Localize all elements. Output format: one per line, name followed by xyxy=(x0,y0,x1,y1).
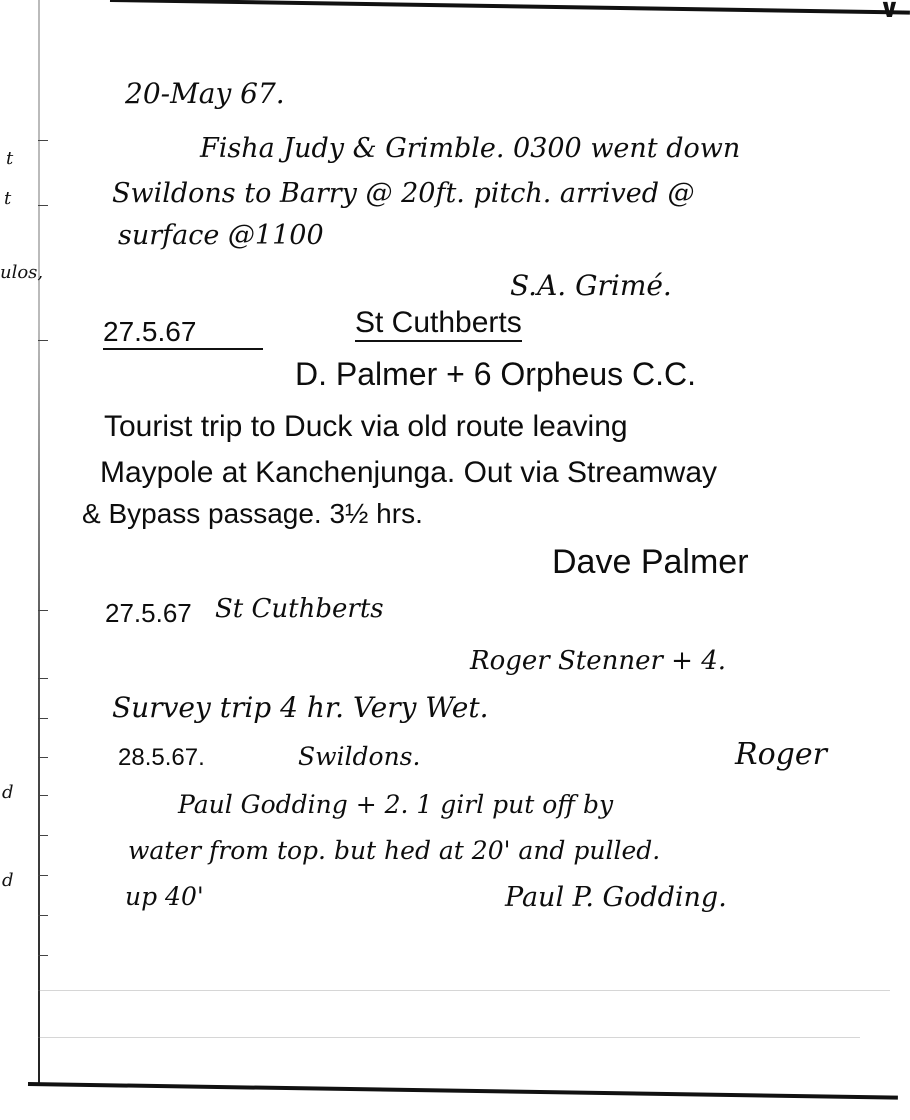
entry-line: Maypole at Kanchenjunga. Out via Streamw… xyxy=(100,458,717,488)
entry-party: Roger Stenner + 4. xyxy=(470,648,726,674)
entry-signature: Roger xyxy=(735,740,827,770)
entry-line: Survey trip 4 hr. Very Wet. xyxy=(112,694,489,722)
entry-signature: S.A. Grimé. xyxy=(510,272,672,300)
entry-cave: Swildons. xyxy=(298,744,420,769)
entry-date: 27.5.67 xyxy=(103,318,263,350)
margin-fragment: t xyxy=(4,188,11,209)
margin-fragment: d xyxy=(2,870,14,891)
entry-date: 27.5.67 xyxy=(105,600,192,626)
page-corner-mark: ∨ xyxy=(879,0,900,24)
margin-tick xyxy=(38,835,48,836)
margin-tick xyxy=(38,718,48,719)
entry-line: Swildons to Barry @ 20ft. pitch. arrived… xyxy=(112,180,695,207)
page-bottom-edge xyxy=(28,1082,898,1100)
faint-rule xyxy=(40,990,890,991)
page-top-edge xyxy=(110,0,910,15)
margin-line xyxy=(38,0,40,1085)
entry-line: & Bypass passage. 3½ hrs. xyxy=(82,500,423,528)
margin-tick xyxy=(38,678,48,679)
margin-tick xyxy=(38,915,48,916)
margin-tick xyxy=(38,875,48,876)
entry-cave: St Cuthberts xyxy=(355,308,522,342)
entry-line: Paul Godding + 2. 1 girl put off by xyxy=(178,792,613,817)
entry-line: Tourist trip to Duck via old route leavi… xyxy=(104,412,628,442)
margin-fragment: ulos, xyxy=(0,262,43,283)
faint-rule xyxy=(40,1037,860,1038)
entry-line: surface @1100 xyxy=(118,222,324,249)
margin-tick xyxy=(38,205,48,206)
margin-fragment: d xyxy=(2,782,14,803)
entry-party: D. Palmer + 6 Orpheus C.C. xyxy=(295,358,696,390)
entry-signature: Paul P. Godding. xyxy=(505,884,727,911)
entry-line: up 40' xyxy=(125,884,204,909)
margin-tick xyxy=(38,340,48,341)
entry-date: 28.5.67. xyxy=(118,746,205,770)
margin-tick xyxy=(38,610,48,611)
margin-tick xyxy=(38,757,48,758)
entry-date: 20-May 67. xyxy=(125,80,285,108)
entry-signature: Dave Palmer xyxy=(552,545,749,579)
entry-line: water from top. but hed at 20' and pulle… xyxy=(128,838,660,863)
entry-cave: St Cuthberts xyxy=(215,596,384,622)
margin-tick xyxy=(38,140,48,141)
entry-line: Fisha Judy & Grimble. 0300 went down xyxy=(200,135,740,162)
margin-tick xyxy=(38,795,48,796)
margin-tick xyxy=(38,955,48,956)
margin-fragment: t xyxy=(6,148,13,169)
